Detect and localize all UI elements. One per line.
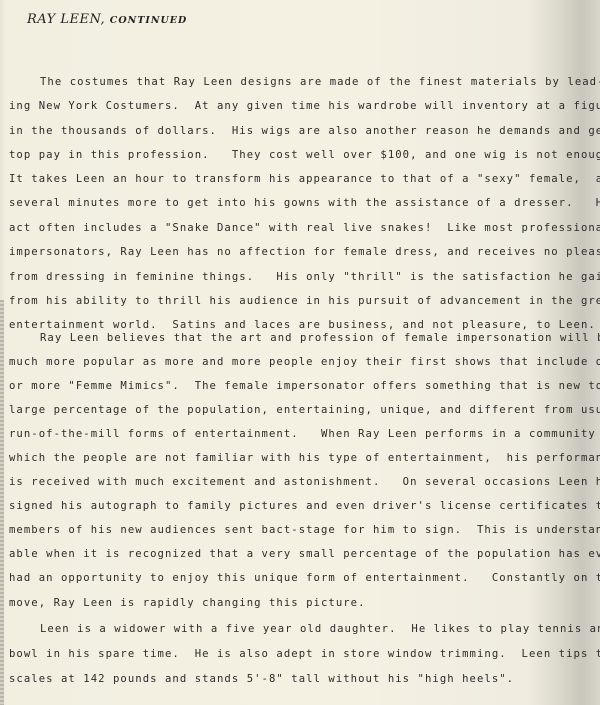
text-line: had an opportunity to enjoy this unique … xyxy=(9,571,600,585)
text-line: which the people are not familiar with h… xyxy=(9,451,600,465)
text-line: The costumes that Ray Leen designs are m… xyxy=(40,75,600,89)
header-name: RAY LEEN, xyxy=(27,12,105,27)
text-line: top pay in this profession. They cost we… xyxy=(9,148,600,162)
text-line: is received with much excitement and ast… xyxy=(9,475,600,489)
text-line: or more "Femme Mimics". The female imper… xyxy=(9,379,600,393)
text-line: in the thousands of dollars. His wigs ar… xyxy=(9,124,600,138)
text-line: bowl in his spare time. He is also adept… xyxy=(9,647,600,661)
text-line: ing New York Costumers. At any given tim… xyxy=(9,99,600,113)
text-line: move, Ray Leen is rapidly changing this … xyxy=(9,596,366,610)
text-line: from his ability to thrill his audience … xyxy=(9,294,600,308)
text-line: able when it is recognized that a very s… xyxy=(9,547,600,561)
text-line: Leen is a widower with a five year old d… xyxy=(40,622,600,636)
text-line: scales at 142 pounds and stands 5'-8" ta… xyxy=(9,672,514,686)
page-header: RAY LEEN, CONTINUED xyxy=(27,12,187,27)
text-line: large percentage of the population, ente… xyxy=(9,403,600,417)
text-line: signed his autograph to family pictures … xyxy=(9,499,600,513)
text-line: Ray Leen believes that the art and profe… xyxy=(40,331,600,345)
text-line: It takes Leen an hour to transform his a… xyxy=(9,172,600,186)
text-line: entertainment world. Satins and laces ar… xyxy=(9,318,596,332)
text-line: impersonators, Ray Leen has no affection… xyxy=(9,245,600,259)
text-line: run-of-the-mill forms of entertainment. … xyxy=(9,427,600,441)
text-line: several minutes more to get into his gow… xyxy=(9,196,600,210)
document-page: RAY LEEN, CONTINUED The costumes that Ra… xyxy=(0,0,600,705)
text-line: members of his new audiences sent bact-s… xyxy=(9,523,600,537)
text-line: from dressing in feminine things. His on… xyxy=(9,270,600,284)
page-edge-shadow xyxy=(0,300,4,705)
text-line: much more popular as more and more peopl… xyxy=(9,355,600,369)
header-continued: CONTINUED xyxy=(110,15,187,26)
text-line: act often includes a "Snake Dance" with … xyxy=(9,221,600,235)
